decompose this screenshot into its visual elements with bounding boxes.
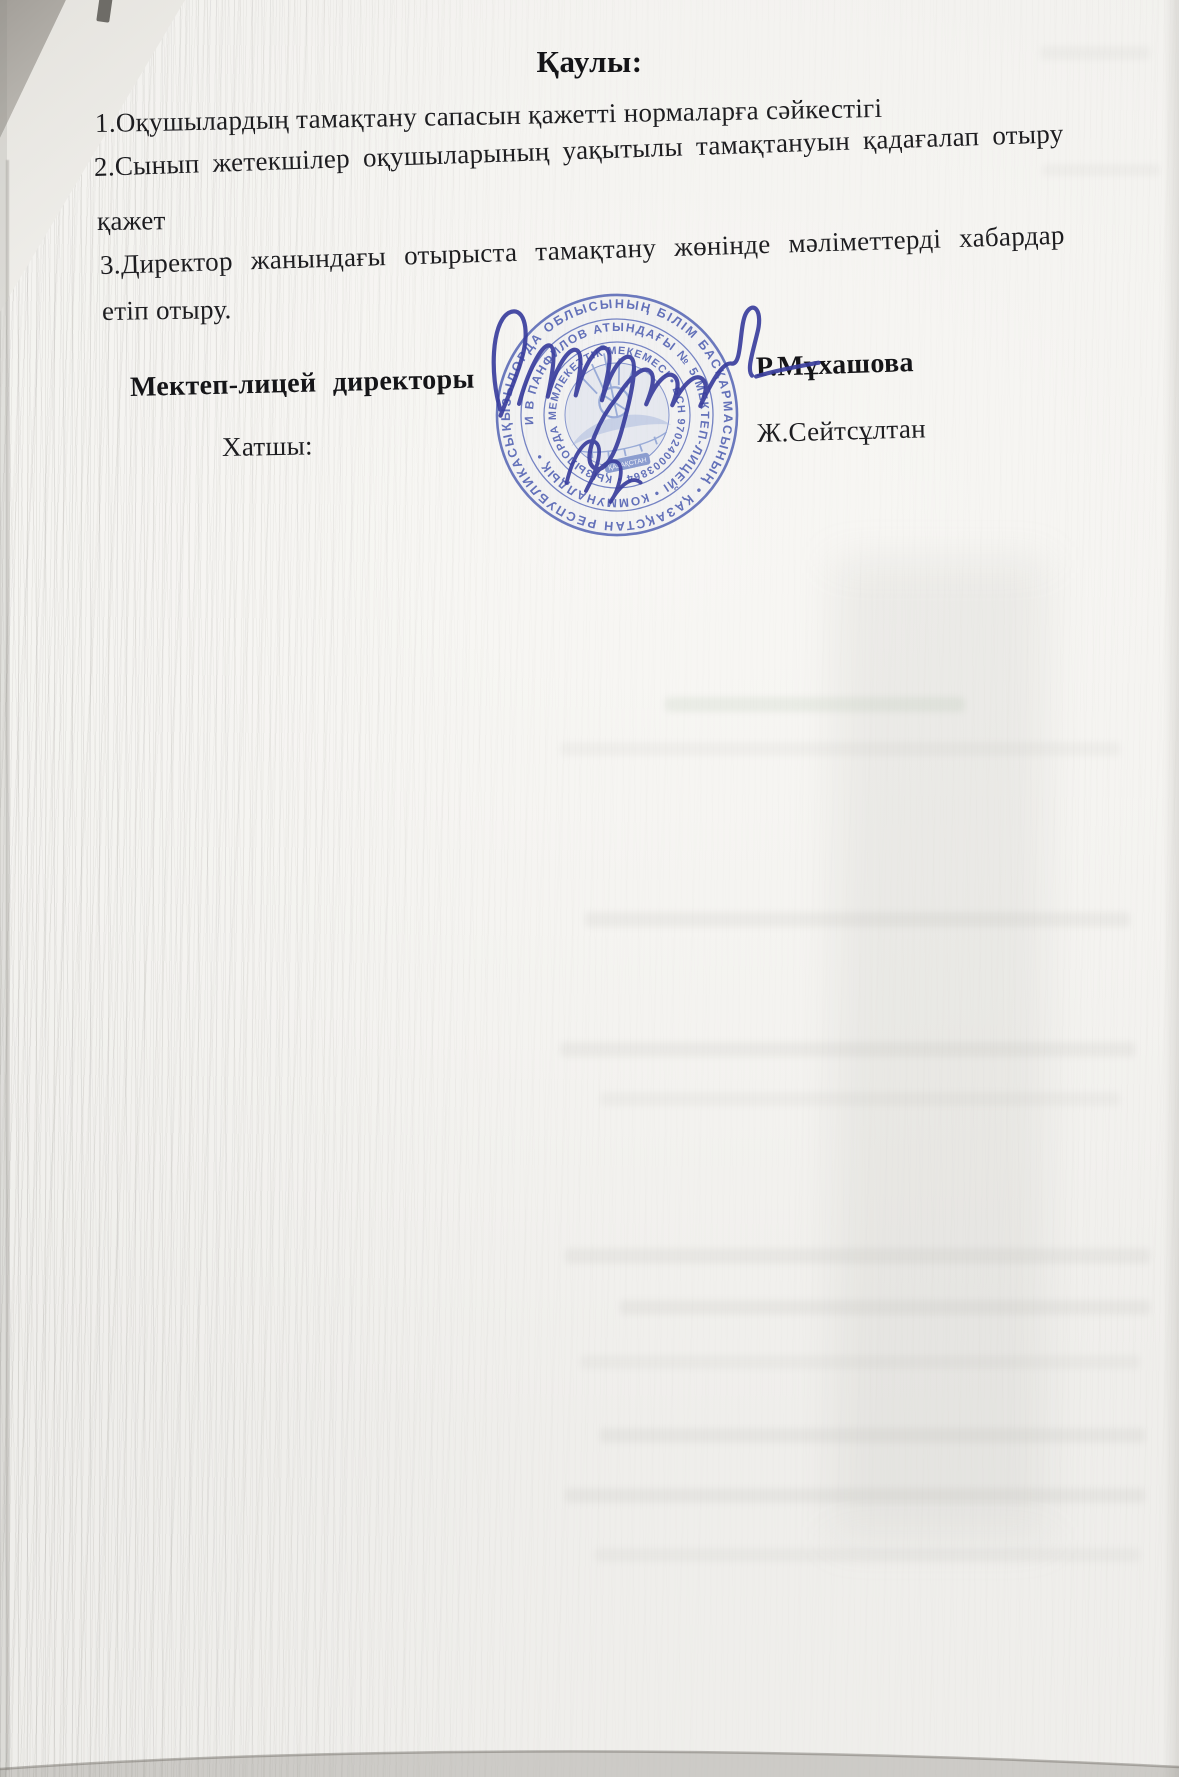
bottom-edge-line xyxy=(0,1751,1179,1769)
bottom-edge-shadow xyxy=(0,1751,1179,1777)
stamp-divider-circle xyxy=(503,301,731,529)
ghost-text-band xyxy=(580,1355,1140,1369)
ghost-text-band xyxy=(565,1248,1150,1264)
ghost-text-band xyxy=(1042,164,1160,176)
emblem-banner-text: ҚАЗАҚСТАН xyxy=(608,457,648,472)
ghost-text-band xyxy=(560,1042,1135,1057)
ghost-text-band xyxy=(595,1548,1140,1562)
ghost-text-band xyxy=(600,1428,1145,1443)
director-name: Р.Мұхашова xyxy=(755,347,914,384)
resolution-item-3-cont: етіп отыру. xyxy=(102,294,232,327)
signature-flourish xyxy=(565,439,642,504)
emblem-banner xyxy=(603,452,650,473)
secretary-name: Ж.Сейтсұлтан xyxy=(757,413,927,449)
director-label: Мектеп-лицей директоры xyxy=(130,364,475,404)
ghost-text-band xyxy=(565,1488,1145,1503)
page-right-edge-shade xyxy=(1163,0,1179,1777)
ghost-text-band xyxy=(585,912,1130,927)
secretary-label: Хатшы: xyxy=(222,430,313,463)
ghost-text-band xyxy=(665,697,965,712)
emblem-shanyrak-icon xyxy=(597,384,633,420)
ghost-text-band xyxy=(620,1300,1150,1315)
kazakhstan-emblem-icon xyxy=(552,334,675,467)
emblem-wings-icon xyxy=(567,406,671,446)
document-title: Қаулы: xyxy=(0,44,1179,80)
ghost-text-band xyxy=(600,1092,1120,1106)
page-left-edge-shade xyxy=(0,0,7,1777)
resolution-item-2-cont: қажет xyxy=(97,205,166,237)
scanned-document-page: Қаулы: 1.Оқушылардың тамақтану сапасын қ… xyxy=(0,0,1179,1777)
stamp-outer-border xyxy=(475,273,760,558)
stamp-ring-middle-text: И В ПАНФИЛОВ АТЫНДАҒЫ № 5 МЕКТЕП-ЛИЦЕЙІ … xyxy=(505,302,730,527)
emblem-star-icon xyxy=(599,344,606,351)
ghost-text-band xyxy=(560,742,1120,756)
stamp-emblem-circle xyxy=(555,353,678,476)
resolution-item-3: 3.Директор жанындағы отырыста тамақтану … xyxy=(100,220,1066,281)
stamp-divider-circle xyxy=(530,328,703,501)
